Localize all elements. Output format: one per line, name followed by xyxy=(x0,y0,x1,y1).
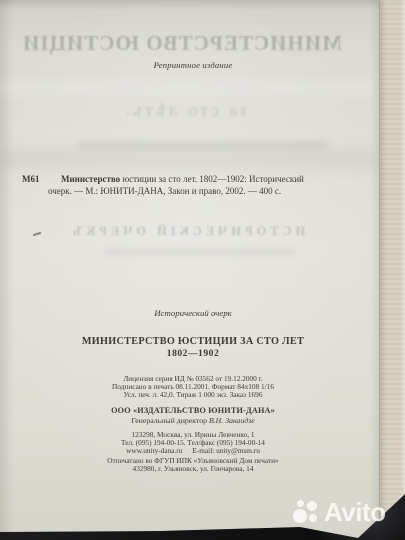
bleedthrough-title: МИНИСТЕРСТВО ЮСТИЦІИ xyxy=(0,31,364,56)
email: E-mail: unity@msm.ru xyxy=(187,446,265,455)
bleedthrough-section: ИСТОРИЧЕСКІЙ ОЧЕРКЪ xyxy=(0,224,374,239)
reprint-note: Репринтное издание xyxy=(0,60,386,70)
director-label: Генеральный директор xyxy=(131,416,207,425)
catalog-entry-line2: очерк. — М.: ЮНИТИ-ДАНА, Закон и право, … xyxy=(48,186,281,196)
bleedthrough-smudge-2 xyxy=(105,249,295,255)
address-block: 123298, Москва, ул. Ирины Левченко, 1 Те… xyxy=(0,431,386,455)
web-contacts: www.unity-dana.ruE-mail: unity@msm.ru xyxy=(0,447,386,455)
catalog-entry-rest: юстиции за сто лет. 1802—1902: Историчес… xyxy=(120,174,304,184)
license-line: Усл. печ. л. 42,0. Тираж 1 000 экз. Зака… xyxy=(0,391,386,399)
director-name: В.Н. Закаидзе xyxy=(209,416,255,425)
director-line: Генеральный директор В.Н. Закаидзе xyxy=(0,416,386,425)
book-listing-photo: МИНИСТЕРСТВО ЮСТИЦІИ за сто лѣтъ. ИСТОРИ… xyxy=(0,0,405,540)
paper-sheen xyxy=(0,80,375,96)
avito-wordmark: Avito xyxy=(324,499,386,526)
website: www.unity-dana.ru xyxy=(121,446,187,455)
avito-logo-icon xyxy=(293,499,320,526)
book-fore-edge xyxy=(379,0,405,540)
book-title: МИНИСТЕРСТВО ЮСТИЦИИ ЗА СТО ЛЕТ xyxy=(0,336,386,347)
bleedthrough-subtitle: за сто лѣтъ. xyxy=(0,100,370,121)
catalog-entry-line1: Министерство юстиции за сто лет. 1802—19… xyxy=(61,174,304,184)
printing-line: 432980, г. Ульяновск, ул. Гончарова, 14 xyxy=(0,465,386,473)
printing-house-block: Отпечатано во ФГУП ИПК «Ульяновский Дом … xyxy=(0,457,386,472)
book-imprint-page: МИНИСТЕРСТВО ЮСТИЦІИ за сто лѣтъ. ИСТОРИ… xyxy=(0,0,405,540)
catalog-code: М61 xyxy=(22,174,40,184)
genre-label: Исторический очерк xyxy=(0,308,386,318)
address-line: Тел. (095) 194-00-15. Тел/факс (095) 194… xyxy=(0,439,386,447)
license-block: Лицензия серия ИД № 03562 от 19.12.2000 … xyxy=(0,375,386,399)
catalog-entry-title: Министерство xyxy=(61,174,120,184)
paper-shade xyxy=(0,148,375,170)
avito-watermark: Avito xyxy=(293,495,386,529)
publisher-name: ООО «ИЗДАТЕЛЬСТВО ЮНИТИ-ДАНА» xyxy=(0,406,386,415)
book-years: 1802—1902 xyxy=(0,348,386,359)
bleedthrough-smudge xyxy=(78,141,328,149)
